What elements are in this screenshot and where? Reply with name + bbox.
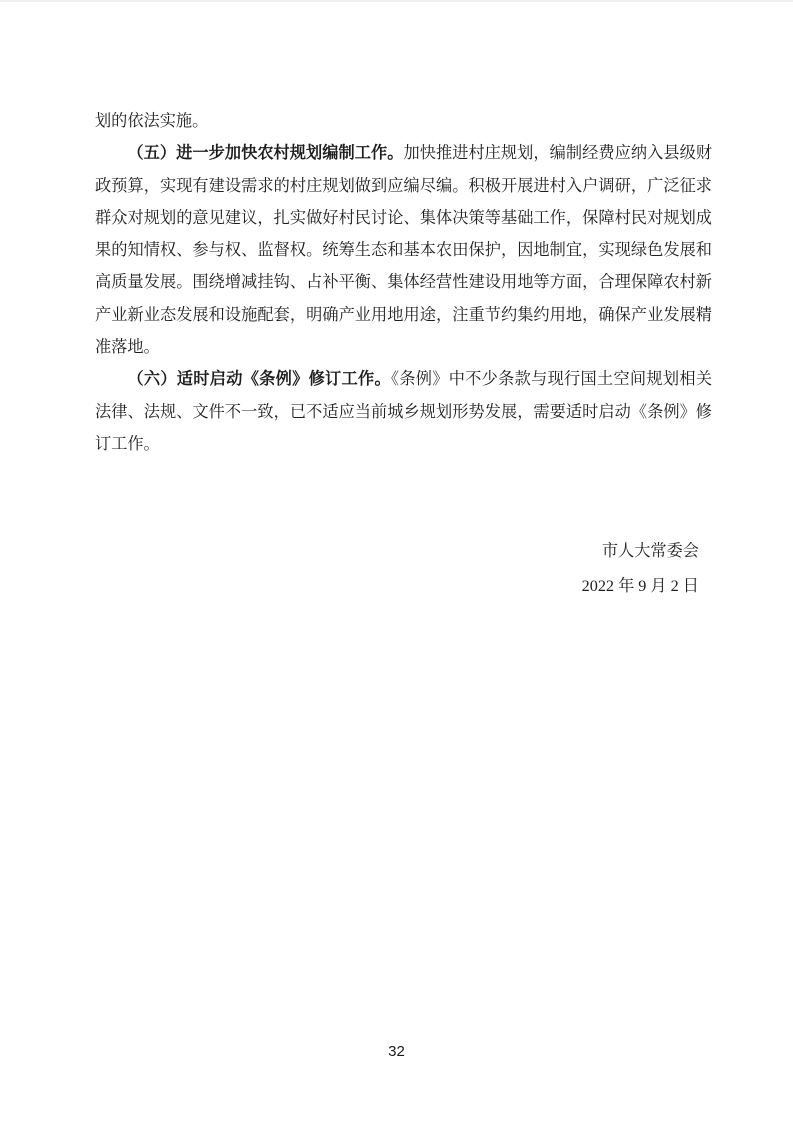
- section-6-heading: （六）适时启动《条例》修订工作。: [127, 370, 391, 388]
- signer-name: 市人大常委会: [95, 534, 699, 569]
- document-body: 划的依法实施。 （五）进一步加快农村规划编制工作。加快推进村庄规划，编制经费应纳…: [95, 105, 712, 604]
- section-5-heading: （五）进一步加快农村规划编制工作。: [127, 144, 403, 162]
- paragraph-section-5: （五）进一步加快农村规划编制工作。加快推进村庄规划，编制经费应纳入县级财政预算，…: [95, 137, 712, 363]
- paragraph-text: 加快推进村庄规划，编制经费应纳入县级财政预算，实现有建设需求的村庄规划做到应编尽…: [95, 144, 712, 356]
- signature-block: 市人大常委会 2022 年 9 月 2 日: [95, 534, 712, 604]
- signature-date: 2022 年 9 月 2 日: [95, 569, 699, 604]
- paragraph-text: 划的依法实施。: [95, 112, 208, 130]
- document-page: 划的依法实施。 （五）进一步加快农村规划编制工作。加快推进村庄规划，编制经费应纳…: [0, 0, 793, 1122]
- paragraph-continuation: 划的依法实施。: [95, 105, 712, 137]
- paragraph-section-6: （六）适时启动《条例》修订工作。《条例》中不少条款与现行国土空间规划相关法律、法…: [95, 363, 712, 460]
- page-number: 32: [0, 1043, 793, 1060]
